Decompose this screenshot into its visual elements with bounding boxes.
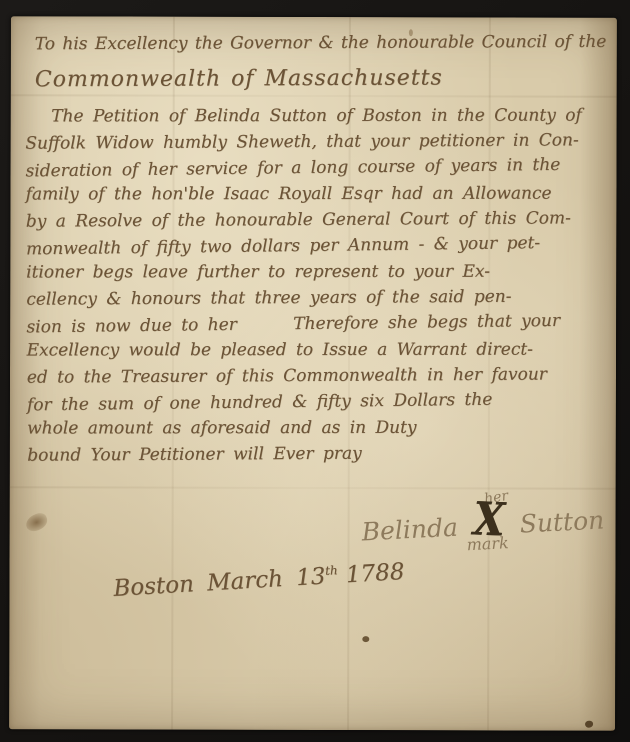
manuscript-line: itioner begs leave further to represent …	[26, 258, 583, 285]
document-scan-background: To his Excellency the Governor & the hon…	[0, 0, 630, 742]
dateline-ordinal: th	[325, 563, 338, 578]
salutation-line: Commonwealth of Massachusetts	[35, 59, 607, 98]
manuscript-line: sideration of her service for a long cou…	[25, 152, 582, 185]
ink-blot	[24, 511, 50, 534]
signature-last-name: Sutton	[519, 505, 605, 538]
salutation-line: To his Excellency the Governor & the hon…	[35, 26, 607, 61]
manuscript-line: Excellency would be pleased to Issue a W…	[27, 336, 584, 363]
x-mark-group: her X mark	[466, 490, 511, 553]
petition-body: The Petition of Belinda Sutton of Boston…	[25, 101, 584, 468]
manuscript-line: family of the hon'ble Isaac Royall Esqr …	[26, 180, 583, 207]
ink-speck	[585, 721, 593, 728]
fold-crease-horizontal	[10, 486, 616, 490]
dateline-place-and-day: Boston March 13	[113, 564, 326, 602]
manuscript-line: bound Your Petitioner will Ever pray	[27, 439, 584, 468]
ink-speck	[409, 29, 413, 36]
ink-speck	[362, 636, 369, 642]
manuscript-paper: To his Excellency the Governor & the hon…	[9, 16, 617, 731]
dateline: Boston March 13th1788	[31, 533, 406, 633]
salutation: To his Excellency the Governor & the hon…	[35, 26, 607, 98]
manuscript-line: whole amount as aforesaid and as in Duty	[27, 414, 584, 441]
manuscript-line: The Petition of Belinda Sutton of Boston…	[25, 102, 582, 129]
manuscript-line: monwealth of fifty two dollars per Annum…	[26, 230, 583, 263]
dateline-year: 1788	[345, 559, 405, 588]
mark-label: mark	[466, 535, 509, 553]
manuscript-line: for the sum of one hundred & fifty six D…	[27, 386, 584, 419]
manuscript-line: sion is now due to her Therefore she beg…	[26, 308, 583, 341]
ink-speck	[610, 730, 615, 731]
